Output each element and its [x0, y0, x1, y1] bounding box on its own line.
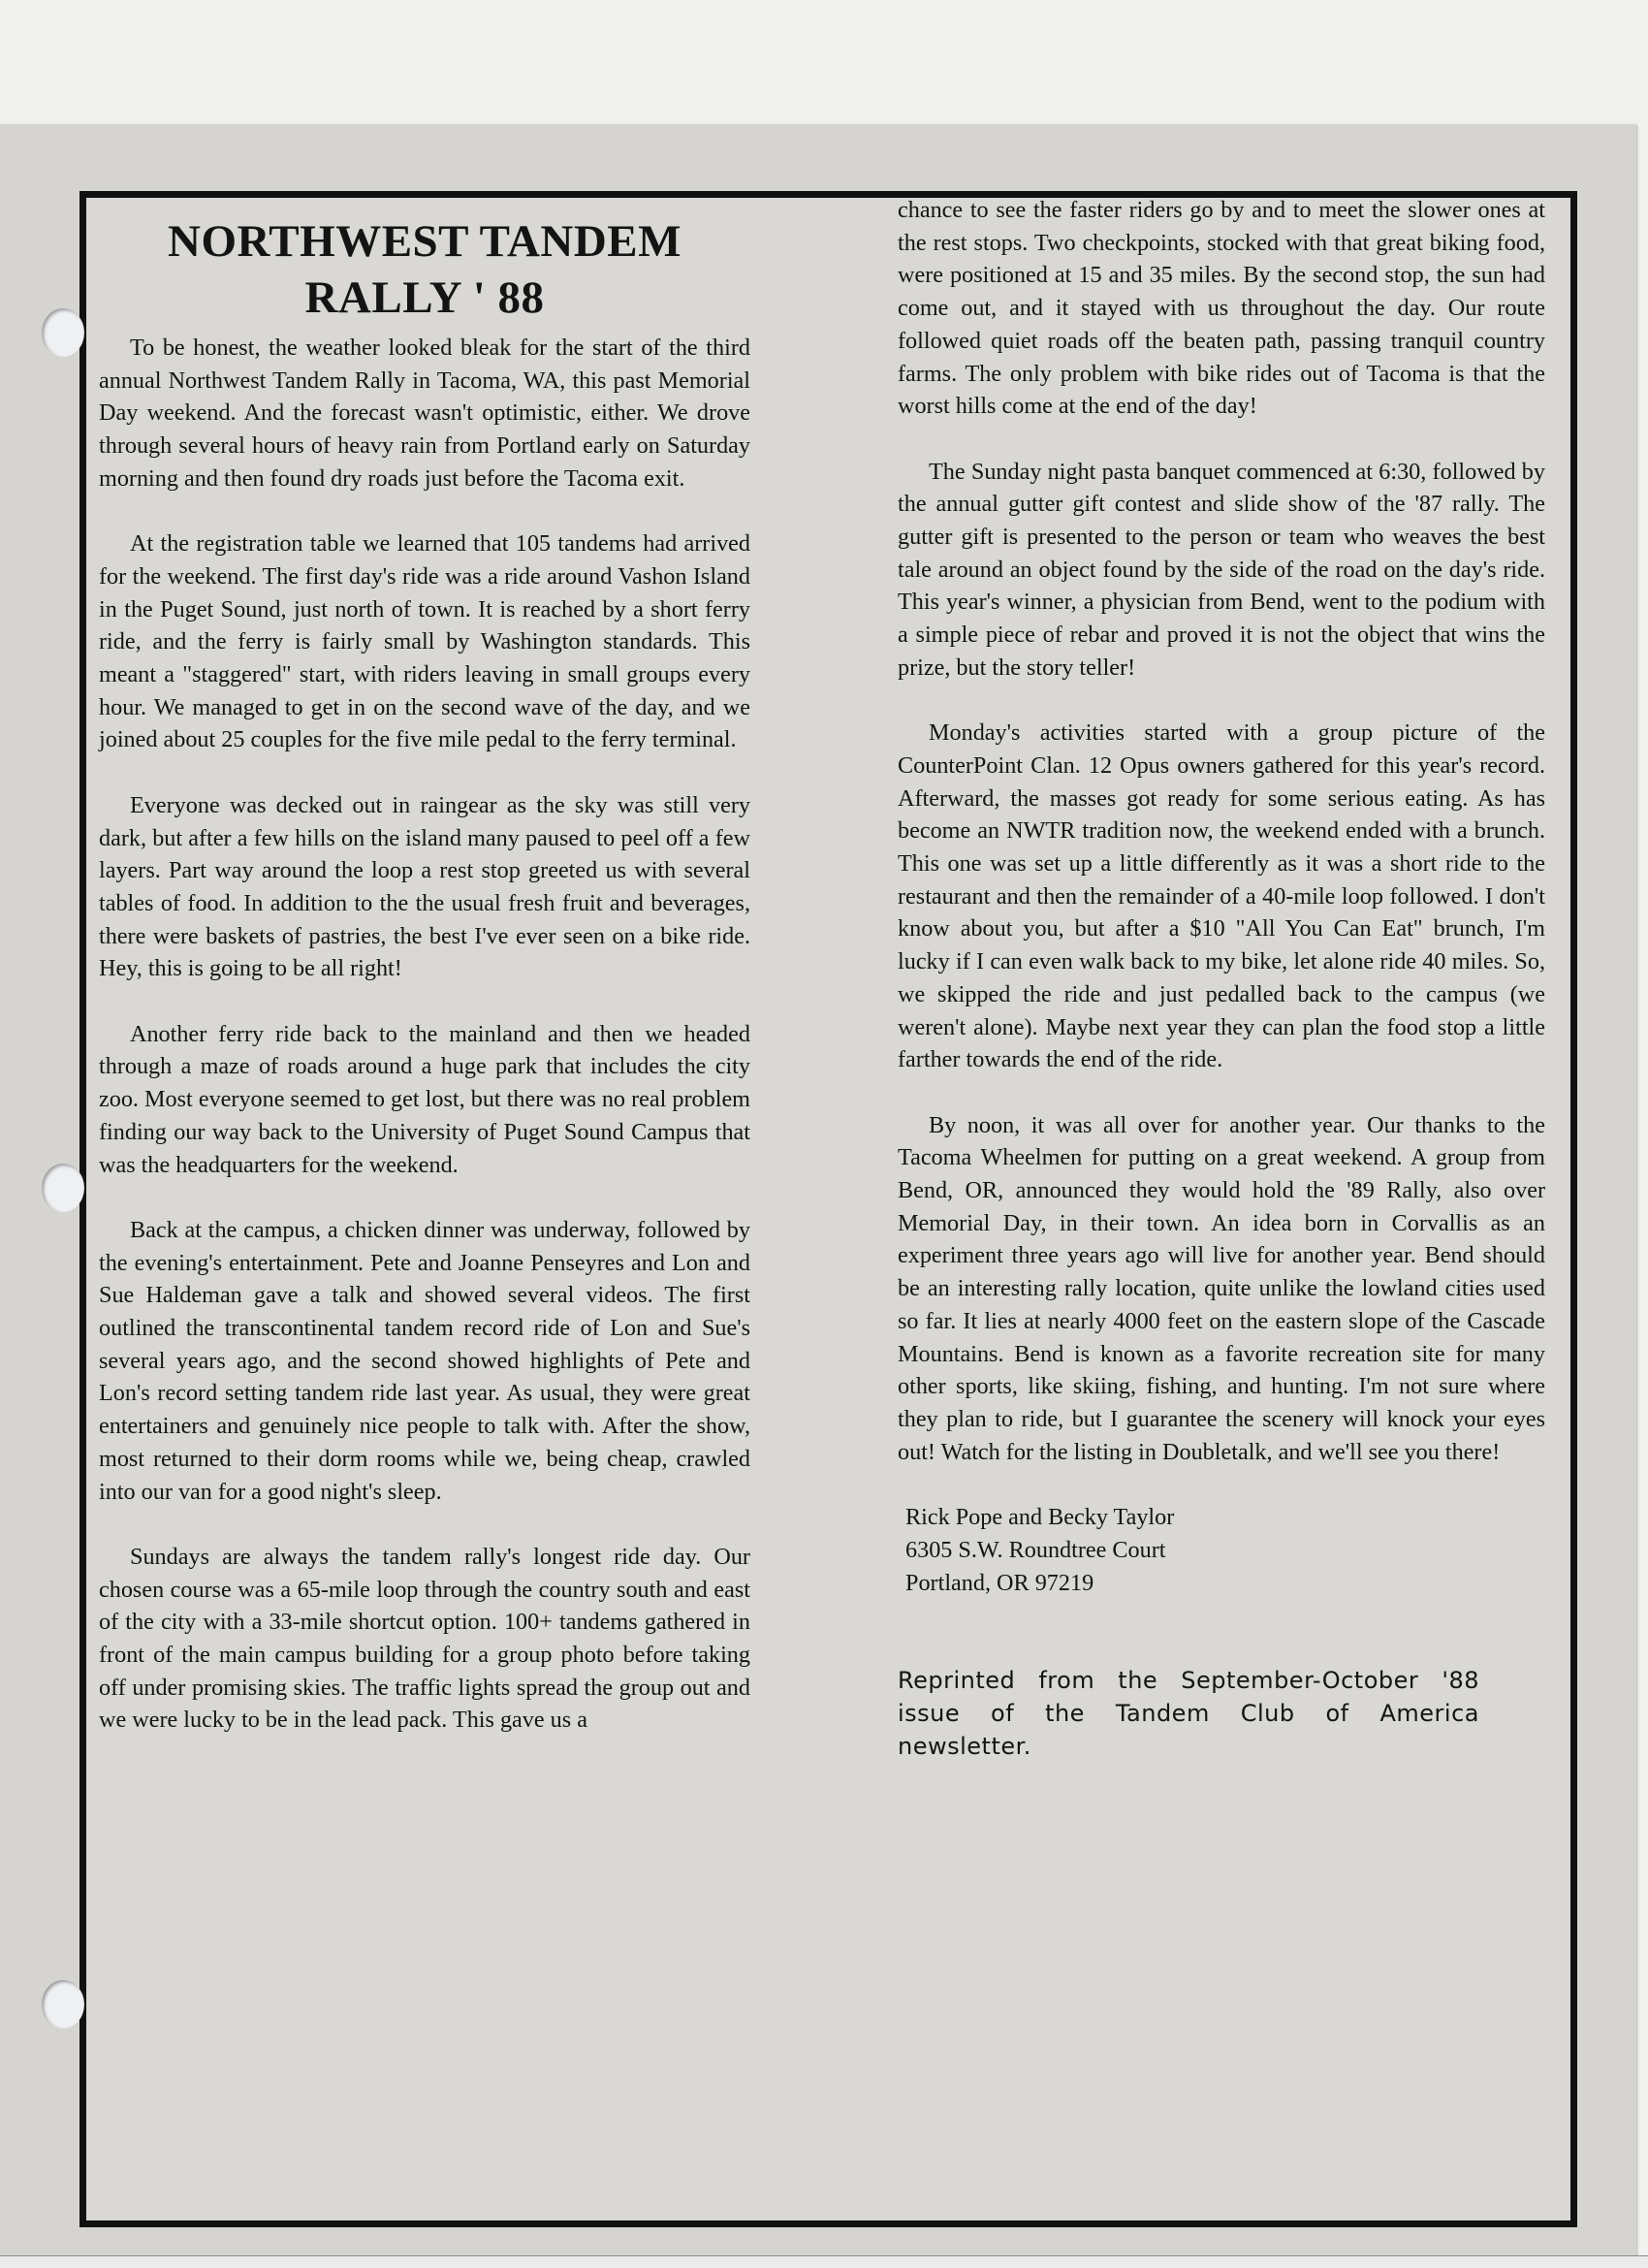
paragraph-banquet: The Sunday night pasta banquet commenced… [898, 456, 1545, 685]
right-column: chance to see the faster riders go by an… [898, 194, 1545, 1763]
article-title: NORTHWEST TANDEM RALLY ' 88 [99, 213, 750, 326]
reprint-note: Reprinted from the September-October '88… [898, 1664, 1479, 1763]
punch-hole-top-icon [42, 308, 84, 357]
author-street: 6305 S.W. Roundtree Court [905, 1534, 1545, 1567]
paragraph-monday: Monday's activities started with a group… [898, 717, 1545, 1076]
paragraph-sunday-ride: Sundays are always the tandem rally's lo… [99, 1541, 750, 1737]
title-line-2: RALLY ' 88 [99, 270, 750, 326]
paragraph-checkpoints: chance to see the faster riders go by an… [898, 194, 1545, 423]
punch-hole-middle-icon [42, 1164, 84, 1212]
paragraph-campus-dinner: Back at the campus, a chicken dinner was… [99, 1214, 750, 1508]
left-column: NORTHWEST TANDEM RALLY ' 88 To be honest… [99, 202, 750, 1737]
paragraph-weather: To be honest, the weather looked bleak f… [99, 332, 750, 495]
author-names: Rick Pope and Becky Taylor [905, 1501, 1545, 1534]
paragraph-ferry-back: Another ferry ride back to the mainland … [99, 1018, 750, 1182]
scanner-bed-edge [0, 2255, 1648, 2268]
paragraph-closing: By noon, it was all over for another yea… [898, 1109, 1545, 1469]
author-signature: Rick Pope and Becky Taylor 6305 S.W. Rou… [905, 1501, 1545, 1600]
punch-hole-bottom-icon [42, 1980, 84, 2028]
author-city: Portland, OR 97219 [905, 1567, 1545, 1600]
title-line-1: NORTHWEST TANDEM [99, 213, 750, 270]
paragraph-raingear: Everyone was decked out in raingear as t… [99, 789, 750, 985]
paragraph-registration: At the registration table we learned tha… [99, 527, 750, 756]
